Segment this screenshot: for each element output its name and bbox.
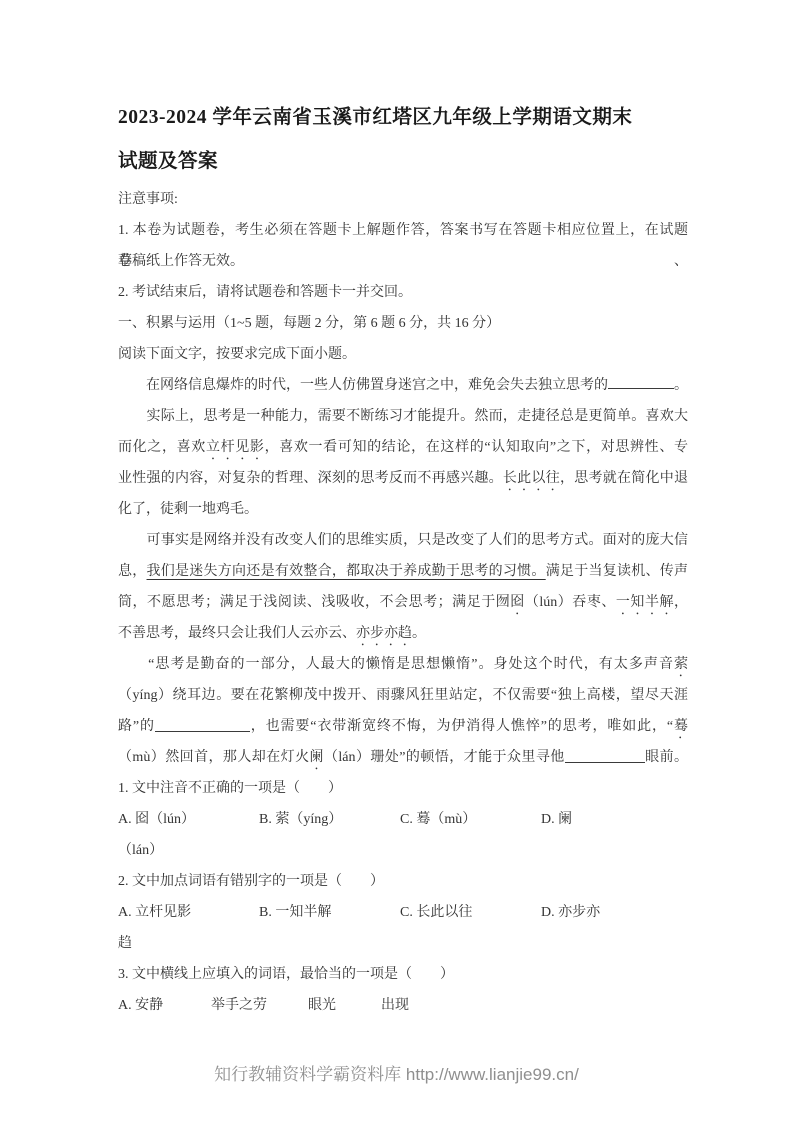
text-segment: （mù）然回首，那人却在灯火: [118, 750, 310, 765]
question-2-options-cont: 趋: [118, 928, 688, 959]
option-item: 举手之劳: [211, 990, 308, 1021]
passage-line-9: 不善思考，最终只会让我们人云亦云、亦步亦趋。: [118, 618, 688, 649]
text-segment: 满足于当复读机、传声: [546, 564, 688, 579]
text-segment: 2. 考试结束后，请将试题卷和答题卡一并交回。: [118, 285, 412, 300]
question-2-options: A. 立杆见影B. 一知半解C. 长此以往D. 亦步亦: [118, 897, 688, 928]
passage-line-1: 在网络信息爆炸的时代，一些人仿佛置身迷宫之中，难免会失去独立思考的。: [118, 370, 688, 401]
blank-fill-line: [155, 718, 250, 732]
option-item: C. 长此以往: [400, 897, 541, 928]
text-segment: 业性强的内容，对复杂的哲理、深刻的思考反而不再感兴趣。: [118, 471, 503, 486]
question-1-options-cont: （lán）: [118, 835, 688, 866]
question-3: 3. 文中横线上应填入的词语，最恰当的一项是（ ）: [118, 959, 688, 990]
text-segment: （lán）: [118, 843, 163, 858]
notice-item-1: 1. 本卷为试题卷，考生必须在答题卡上解题作答，答案书写在答题卡相应位置上，在试…: [118, 215, 688, 246]
text-segment: 眼前。: [645, 750, 688, 765]
passage-line-13: （mù）然回首，那人却在灯火阑（lán）珊处”的顿悟，才能于众里寻他眼前。: [118, 742, 688, 773]
text-segment: 1. 文中注音不正确的一项是（ ）: [118, 781, 342, 796]
option-item: 眼光: [308, 990, 381, 1021]
passage-line-7: 息，我们是迷失方向还是有效整合，都取决于养成勤于思考的习惯。满足于当复读机、传声: [118, 556, 688, 587]
passage-line-5: 化了，徒剩一地鸡毛。: [118, 494, 688, 525]
text-segment: ，思考就在简化中退: [560, 471, 688, 486]
passage-line-2: 实际上，思考是一种能力，需要不断练习才能提升。然而，走捷径总是更简单。喜欢大: [118, 401, 688, 432]
passage-line-6: 可事实是网络并没有改变人们的思维实质，只是改变了人们的思考方式。面对的庞大信: [118, 525, 688, 556]
text-segment: ，也需要“衣带渐宽终不悔，为伊消得人憔悴”的思考，唯如此，“: [250, 719, 673, 734]
text-segment: 一、积累与运用（1~5 题，每题 2 分，第 6 题 6 分，共 16 分）: [118, 316, 500, 331]
reading-instruction: 阅读下面文字，按要求完成下面小题。: [118, 339, 688, 370]
emphasized-word: 萦: [674, 657, 688, 672]
text-segment: 阅读下面文字，按要求完成下面小题。: [118, 347, 356, 362]
document-lines: 注意事项:1. 本卷为试题卷，考生必须在答题卡上解题作答，答案书写在答题卡相应位…: [118, 184, 688, 1021]
passage-line-10: “思考是勤奋的一部分，人最大的懒惰是思想懒惰”。身处这个时代，有太多声音萦: [118, 649, 688, 680]
text-segment: 在网络信息爆炸的时代，一些人仿佛置身迷宫之中，难免会失去独立思考的: [118, 370, 608, 401]
emphasized-word: 阑: [310, 750, 324, 765]
underlined-sentence: 我们是迷失方向还是有效整合，都取决于养成勤于思考的习惯。: [147, 564, 546, 579]
emphasized-word: 一知半解: [616, 595, 674, 610]
option-item: D. 亦步亦: [541, 897, 600, 928]
text-segment: 注意事项:: [118, 192, 178, 207]
option-item: 出现: [381, 990, 409, 1021]
passage-line-3: 而化之，喜欢立杆见影，喜欢一看可知的结论，在这样的“认知取向”之下，对思辨性、专: [118, 432, 688, 463]
footer-watermark: 知行教辅资料学霸资料库 http://www.lianjie99.cn/: [0, 1062, 793, 1088]
text-segment: 草稿纸上作答无效。: [118, 254, 244, 269]
passage-line-12: 路”的，也需要“衣带渐宽终不悔，为伊消得人憔悴”的思考，唯如此，“蓦: [118, 711, 688, 742]
text-segment: 息，: [118, 564, 147, 579]
text-segment: 可事实是网络并没有改变人们的思维实质，只是改变了人们的思考方式。面对的庞大信: [118, 533, 688, 548]
emphasized-word: 立杆见影: [206, 440, 265, 455]
text-segment: 趋: [118, 936, 132, 951]
question-1-options: A. 囵（lún）B. 萦（yíng）C. 蓦（mù）D. 阑: [118, 804, 688, 835]
text-segment: 不善思考，最终只会让我们人云亦云、: [118, 626, 356, 641]
passage-line-4: 业性强的内容，对复杂的哲理、深刻的思考反而不再感兴趣。长此以往，思考就在简化中退: [118, 463, 688, 494]
notice-item-2: 2. 考试结束后，请将试题卷和答题卡一并交回。: [118, 277, 688, 308]
text-segment: 筒，不愿思考；满足于浅阅读、浅吸收，不会思考；满足于囫: [118, 595, 510, 610]
text-segment: 实际上，思考是一种能力，需要不断练习才能提升。然而，走捷径总是更简单。喜欢大: [118, 409, 688, 424]
section-1-heading: 一、积累与运用（1~5 题，每题 2 分，第 6 题 6 分，共 16 分）: [118, 308, 688, 339]
emphasized-word: 长此以往: [503, 471, 560, 486]
document-title-line-1: 2023-2024 学年云南省玉溪市红塔区九年级上学期语文期末: [118, 96, 688, 140]
option-item: C. 蓦（mù）: [400, 804, 541, 835]
blank-fill-line: [565, 749, 645, 763]
emphasized-word: 囵: [510, 595, 525, 610]
option-item: A. 安静: [118, 990, 211, 1021]
blank-fill-line: [608, 375, 674, 389]
question-1: 1. 文中注音不正确的一项是（ ）: [118, 773, 688, 804]
text-segment: 。: [412, 626, 426, 641]
text-segment: 路”的: [118, 719, 155, 734]
text-segment: （yíng）绕耳边。要在花繁柳茂中拨开、雨骤风狂里站定，不仅需要“独上高楼，望尽…: [118, 688, 688, 703]
text-segment: ，喜欢一看可知的结论，在这样的“认知取向”之下，对思辨性、专: [265, 440, 688, 455]
option-item: D. 阑: [541, 804, 572, 835]
option-item: B. 萦（yíng）: [259, 804, 400, 835]
passage-line-11: （yíng）绕耳边。要在花繁柳茂中拨开、雨骤风狂里站定，不仅需要“独上高楼，望尽…: [118, 680, 688, 711]
question-3-options: A. 安静举手之劳眼光出现: [118, 990, 688, 1021]
question-2: 2. 文中加点词语有错别字的一项是（ ）: [118, 866, 688, 897]
passage-line-8: 筒，不愿思考；满足于浅阅读、浅吸收，不会思考；满足于囫囵（lún）吞枣、一知半解…: [118, 587, 688, 618]
document-page: 2023-2024 学年云南省玉溪市红塔区九年级上学期语文期末 试题及答案 注意…: [0, 0, 793, 1122]
text-segment: “思考是勤奋的一部分，人最大的懒惰是思想懒惰”。身处这个时代，有太多声音: [118, 657, 674, 672]
text-segment: 3. 文中横线上应填入的词语，最恰当的一项是（ ）: [118, 967, 454, 982]
text-segment: 而化之，喜欢: [118, 440, 206, 455]
document-title-line-2: 试题及答案: [118, 140, 688, 184]
text-segment: 化了，徒剩一地鸡毛。: [118, 502, 258, 517]
notice-heading: 注意事项:: [118, 184, 688, 215]
text-segment: 2. 文中加点词语有错别字的一项是（ ）: [118, 874, 384, 889]
option-item: A. 立杆见影: [118, 897, 259, 928]
text-segment: （lún）吞枣、: [525, 595, 616, 610]
notice-item-1-cont: 草稿纸上作答无效。: [118, 246, 688, 277]
emphasized-word: 亦步亦趋: [356, 626, 412, 641]
option-item: A. 囵（lún）: [118, 804, 259, 835]
document-content: 2023-2024 学年云南省玉溪市红塔区九年级上学期语文期末 试题及答案 注意…: [118, 96, 688, 1021]
emphasized-word: 蓦: [673, 719, 688, 734]
text-segment: ，: [674, 595, 688, 610]
option-item: B. 一知半解: [259, 897, 400, 928]
text-segment: 。: [674, 370, 688, 401]
text-segment: （lán）珊处”的顿悟，才能于众里寻他: [324, 750, 565, 765]
